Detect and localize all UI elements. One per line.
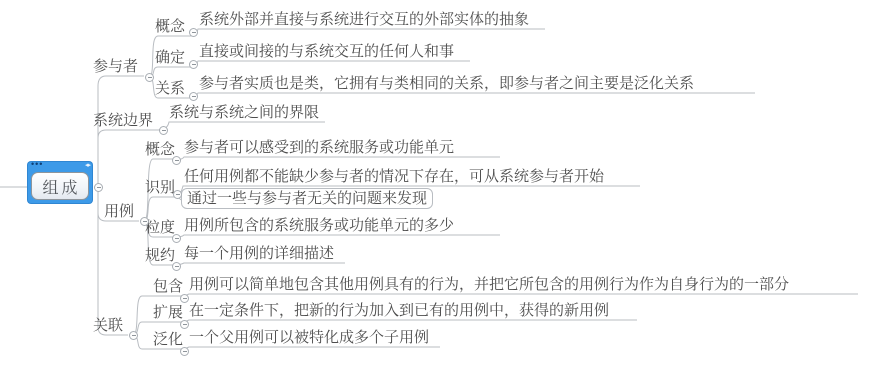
collapse-handle-determine[interactable] (189, 60, 198, 69)
collapse-handle-participant[interactable] (145, 73, 154, 82)
topic-include[interactable]: 包含 (153, 278, 183, 296)
topic-identify-content-2[interactable]: 通过一些与参与者无关的问题来发现 (181, 188, 433, 209)
topic-granularity-content[interactable]: 用例所包含的系统服务或功能单元的多少 (184, 217, 454, 235)
topic-association[interactable]: 关联 (93, 317, 123, 335)
collapse-handle-relation[interactable] (189, 92, 198, 101)
topic-extend[interactable]: 扩展 (153, 304, 183, 322)
collapse-expand-icon[interactable]: ◂▸ (85, 161, 90, 171)
collapse-handle-root[interactable] (94, 183, 103, 192)
topic-generalize[interactable]: 泛化 (153, 331, 183, 349)
collapse-handle-concept-2[interactable] (172, 156, 181, 165)
collapse-handle-specification[interactable] (172, 262, 181, 271)
collapse-handle-extend[interactable] (180, 320, 189, 329)
topic-concept-1-content[interactable]: 系统外部并直接与系统进行交互的外部实体的抽象 (199, 11, 529, 29)
selection-toolbar: ••• ◂▸ (28, 162, 92, 172)
topic-extend-content[interactable]: 在一定条件下，把新的行为加入到已有的用例中，获得的新用例 (189, 302, 609, 320)
topic-specification[interactable]: 规约 (145, 247, 175, 265)
collapse-handle-concept-1[interactable] (189, 28, 198, 37)
collapse-handle-use-case[interactable] (140, 217, 149, 226)
collapse-handle-generalize[interactable] (180, 347, 189, 356)
root-selection-frame: ••• ◂▸ 组成 (28, 162, 92, 203)
topic-concept-1[interactable]: 概念 (155, 18, 185, 36)
topic-identify[interactable]: 识别 (145, 179, 175, 197)
topic-generalize-content[interactable]: 一个父用例可以被特化成多个子用例 (189, 329, 429, 347)
topic-granularity[interactable]: 粒度 (145, 219, 175, 237)
topic-include-content[interactable]: 用例可以简单地包含其他用例具有的行为，并把它所包含的用例行为作为自身行为的一部分 (189, 276, 789, 294)
collapse-handle-granularity[interactable] (172, 234, 181, 243)
root-topic[interactable]: 组成 (31, 172, 89, 200)
topic-system-boundary[interactable]: 系统边界 (93, 112, 153, 130)
collapse-handle-identify[interactable] (173, 190, 182, 199)
mindmap-canvas: ••• ◂▸ 组成 参与者 系统边界 用例 关联 概念 系统外部并直接与系统进行… (0, 0, 892, 381)
topic-identify-content-1[interactable]: 任何用例都不能缺少参与者的情况下存在，可从系统参与者开始 (184, 168, 604, 186)
topic-determine[interactable]: 确定 (155, 49, 185, 67)
collapse-handle-association[interactable] (129, 331, 138, 340)
more-options-icon[interactable]: ••• (31, 159, 43, 169)
topic-relation[interactable]: 关系 (155, 80, 185, 98)
topic-relation-content[interactable]: 参与者实质也是类，它拥有与类相同的关系，即参与者之间主要是泛化关系 (199, 75, 694, 93)
collapse-handle-include[interactable] (180, 294, 189, 303)
topic-system-boundary-content[interactable]: 系统与系统之间的界限 (169, 104, 319, 122)
root-topic-label: 组成 (39, 175, 80, 198)
topic-specification-content[interactable]: 每一个用例的详细描述 (184, 245, 334, 263)
topic-use-case[interactable]: 用例 (104, 203, 134, 221)
topic-concept-2[interactable]: 概念 (145, 141, 175, 159)
topic-participant[interactable]: 参与者 (93, 58, 138, 76)
topic-concept-2-content[interactable]: 参与者可以感受到的系统服务或功能单元 (184, 139, 454, 157)
collapse-handle-system-boundary[interactable] (159, 126, 168, 135)
topic-determine-content[interactable]: 直接或间接的与系统交互的任何人和事 (199, 43, 454, 61)
